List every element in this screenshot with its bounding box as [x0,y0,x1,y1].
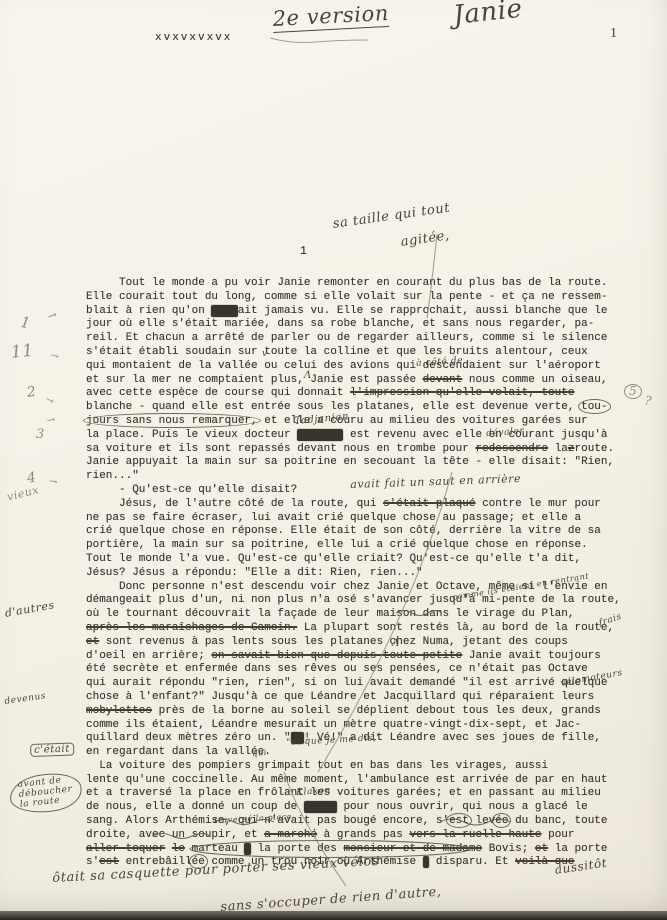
handwritten-annotation: v [262,350,268,360]
handwritten-annotation: → [48,476,59,488]
handwritten-annotation: aussitôt [554,857,608,877]
handwritten-annotation: devenus [4,692,47,708]
handwritten-annotation: frais [598,613,623,630]
handwritten-annotation: traversé la place [214,813,292,826]
handwritten-annotation: Klaxon [296,787,331,799]
handwritten-annotation: avait fait un saut en arrière [350,473,521,491]
handwritten-annotation: à côté de [416,357,464,370]
handwritten-annotation: qui [252,749,267,759]
handwritten-annotation: dévaler [486,427,525,440]
handwritten-annotation: ôtait sa casquette pour porter ses vieux… [52,855,380,886]
handwritten-annotation: Tadjanian [294,411,350,427]
handwritten-annotation: "et que je me dis," [286,734,381,749]
annotation-layer: 2e versionJaniesa taille qui toutagitée,… [0,0,667,920]
handwritten-annotation: c'était [30,742,74,757]
handwritten-annotation: 2e version [272,2,390,33]
handwritten-annotation: sa taille qui tout [332,202,451,233]
handwritten-annotation: 5 [624,384,642,399]
handwritten-annotation: Λ [304,370,312,381]
handwritten-annotation: 3 [36,428,45,442]
scan-edge [0,911,667,920]
handwritten-annotation: vélomoteurs [560,669,624,690]
handwritten-annotation: avant de déboucher la route [8,770,83,815]
handwritten-annotation: 2 [26,385,38,402]
handwritten-annotation: → [46,414,57,426]
handwritten-annotation: agitée, [400,229,451,250]
handwritten-annotation: comme ils étaient en rentrant [452,572,590,602]
handwritten-annotation: → [49,350,61,363]
handwritten-annotation: Λ [392,638,400,649]
handwritten-annotation: → [43,394,56,408]
handwritten-annotation: 11 [10,342,35,363]
handwritten-annotation: d'autres [4,599,56,620]
handwritten-annotation: ? [644,394,653,408]
handwritten-annotation: → [46,309,59,324]
handwritten-annotation: 1 [19,314,32,332]
manuscript-page: xvxvxvxvx 1 1 Tout le monde a pu voir Ja… [0,0,667,920]
handwritten-annotation: Janie [452,0,524,30]
handwritten-annotation: vieux [6,484,40,504]
